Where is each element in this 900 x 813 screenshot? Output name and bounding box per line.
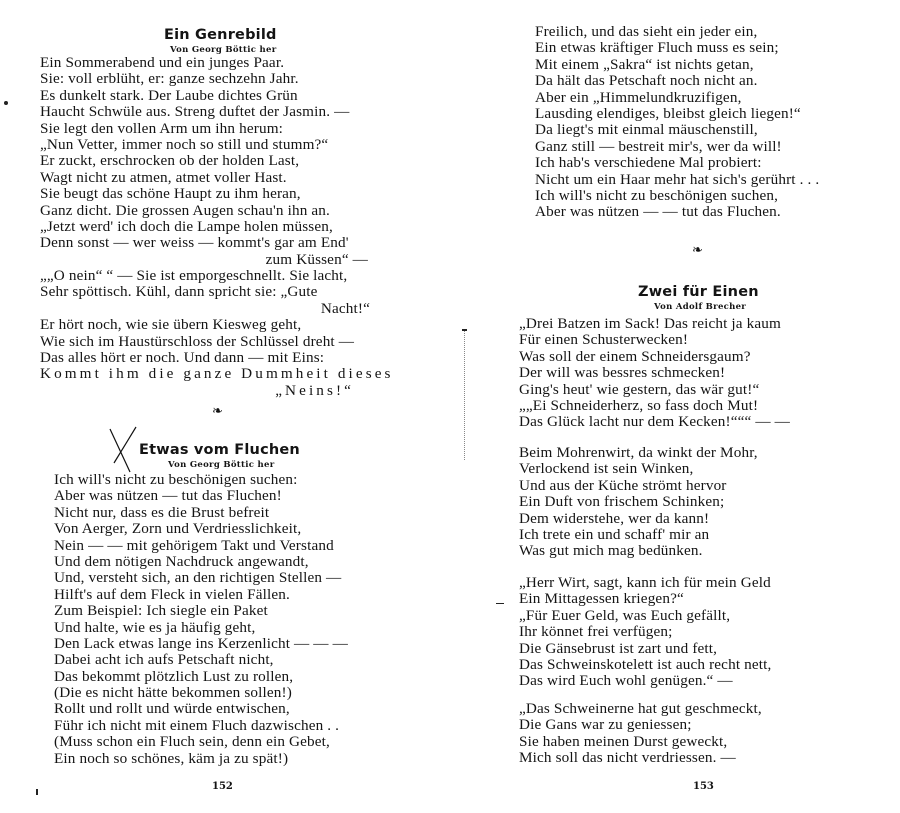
verse-line: Ganz dicht. Die grossen Augen schau'n ih… (40, 203, 406, 219)
verse-line: (Muss schon ein Fluch sein, denn ein Geb… (54, 734, 404, 750)
verse-line: Beim Mohrenwirt, da winkt der Mohr, (519, 445, 889, 461)
verse-line: Ihr könnet frei verfügen; (519, 624, 889, 640)
verse-line: Rollt und rollt und würde entwischen, (54, 701, 404, 717)
verse-line: Ein etwas kräftiger Fluch muss es sein; (535, 40, 895, 56)
poem-title: Ein Genrebild (164, 27, 277, 43)
verse-line: Ein Sommerabend und ein junges Paar. (40, 55, 406, 71)
verse-line: (Die es nicht hätte bekommen sollen!) (54, 685, 404, 701)
verse-line: Nicht nur, dass es die Brust befreit (54, 505, 404, 521)
verse-line: Ging's heut' wie gestern, das wär gut!“ (519, 382, 889, 398)
verse-line: Führ ich nicht mit einem Fluch dazwische… (54, 718, 404, 734)
verse-line: Zum Beispiel: Ich siegle ein Paket (54, 603, 404, 619)
verse-line: „Nun Vetter, immer noch so still und stu… (40, 137, 406, 153)
verse-line: Das wird Euch wohl genügen.“ — (519, 673, 889, 689)
verse-line: Es dunkelt stark. Der Laube dichtes Grün (40, 88, 406, 104)
verse-line: Da liegt's mit einmal mäuschenstill, (535, 122, 895, 138)
verse-line: Was gut mich mag bedünken. (519, 543, 889, 559)
binding-edge (464, 330, 465, 460)
verse-line: Aber ein „Himmelundkruzifigen, (535, 90, 895, 106)
verse-line: Und, versteht sich, an den richtigen Ste… (54, 570, 404, 586)
verse-line: Mich soll das nicht verdriessen. — (519, 750, 889, 766)
poem-verse: Freilich, und das sieht ein jeder ein, E… (535, 24, 895, 221)
poem-verse: Ich will's nicht zu beschönigen suchen: … (54, 472, 404, 767)
verse-line: zum Küssen“ — (40, 252, 406, 268)
poem-stanza: „Herr Wirt, sagt, kann ich für mein Geld… (519, 575, 889, 690)
verse-line: Ich hab's verschiedene Mal probiert: (535, 155, 895, 171)
poem-byline: Von Adolf Brecher (654, 302, 746, 312)
poem-title: Etwas vom Fluchen (139, 442, 300, 458)
verse-line: Sie legt den vollen Arm um ihn herum: (40, 121, 406, 137)
verse-line: Verlockend ist sein Winken, (519, 461, 889, 477)
verse-line: „„O nein“ “ — Sie ist emporgeschnellt. S… (40, 268, 406, 284)
verse-line: „Drei Batzen im Sack! Das reicht ja kaum (519, 316, 889, 332)
verse-line: Dabei acht ich aufs Petschaft nicht, (54, 652, 404, 668)
fleuron-ornament-icon: ❧ (692, 243, 703, 258)
verse-line: Sie: voll erblüht, er: ganze sechzehn Ja… (40, 71, 406, 87)
verse-line: Und dem nötigen Nachdruck angewandt, (54, 554, 404, 570)
verse-line: Was soll der einem Schneidersgaum? (519, 349, 889, 365)
fleuron-ornament-icon: ❧ (212, 404, 223, 419)
verse-line: Ich trete ein und schaff' mir an (519, 527, 889, 543)
verse-line: Ganz still — bestreit mir's, wer da will… (535, 139, 895, 155)
verse-line: Freilich, und das sieht ein jeder ein, (535, 24, 895, 40)
verse-line: Aber was nützen — tut das Fluchen! (54, 488, 404, 504)
verse-line: Da hält das Petschaft noch nicht an. (535, 73, 895, 89)
verse-line: Das alles hört er noch. Und dann — mit E… (40, 350, 406, 366)
verse-line: Er hört noch, wie sie übern Kiesweg geht… (40, 317, 406, 333)
verse-line: Die Gänsebrust ist zart und fett, (519, 641, 889, 657)
poem-stanza: Beim Mohrenwirt, da winkt der Mohr, Verl… (519, 445, 889, 560)
handwritten-x-mark-icon (108, 425, 138, 475)
page-number: 152 (212, 781, 233, 792)
verse-line: Ich will's nicht zu beschönigen suchen: (54, 472, 404, 488)
verse-line: Sie beugt das schöne Haupt zu ihm heran, (40, 186, 406, 202)
verse-line: Ein noch so schönes, käm ja zu spät!) (54, 751, 404, 767)
poem-byline: Von Georg Böttic her (168, 460, 274, 470)
poem-stanza: „Das Schweinerne hat gut geschmeckt, Die… (519, 701, 889, 767)
page-number: 153 (693, 781, 714, 792)
verse-line: „Neins!“ (40, 383, 406, 399)
verse-line: Kommt ihm die ganze Dummheit dieses (40, 366, 406, 382)
verse-line: „Das Schweinerne hat gut geschmeckt, (519, 701, 889, 717)
verse-line: Das Glück lacht nur dem Kecken!“““ — — (519, 414, 889, 430)
verse-line: Ein Duft von frischem Schinken; (519, 494, 889, 510)
verse-line: Dem widerstehe, wer da kann! (519, 511, 889, 527)
poem-stanza: „Drei Batzen im Sack! Das reicht ja kaum… (519, 316, 889, 431)
verse-line: Mit einem „Sakra“ ist nichts getan, (535, 57, 895, 73)
verse-line: Die Gans war zu geniessen; (519, 717, 889, 733)
verse-line: Haucht Schwüle aus. Streng duftet der Ja… (40, 104, 406, 120)
verse-line: Hilft's auf dem Fleck in vielen Fällen. (54, 587, 404, 603)
verse-line: Und halte, wie es ja häufig geht, (54, 620, 404, 636)
poem-verse: Ein Sommerabend und ein junges Paar. Sie… (40, 55, 406, 399)
verse-line: „Jetzt werd' ich doch die Lampe holen mü… (40, 219, 406, 235)
verse-line: „Herr Wirt, sagt, kann ich für mein Geld (519, 575, 889, 591)
margin-speck (4, 101, 8, 105)
poem-title: Zwei für Einen (638, 284, 759, 300)
verse-line: Den Lack etwas lange ins Kerzenlicht — —… (54, 636, 404, 652)
right-page: Freilich, und das sieht ein jeder ein, E… (450, 0, 900, 813)
margin-speck (462, 329, 467, 331)
verse-line: Wagt nicht zu atmen, atmet voller Hast. (40, 170, 406, 186)
verse-line: Sie haben meinen Durst geweckt, (519, 734, 889, 750)
verse-line: Nicht um ein Haar mehr hat sich's gerühr… (535, 172, 895, 188)
verse-line: „„Ei Schneiderherz, so fass doch Mut! (519, 398, 889, 414)
verse-line: Das Schweinskotelett ist auch recht nett… (519, 657, 889, 673)
verse-line: Er zuckt, erschrocken ob der holden Last… (40, 153, 406, 169)
verse-line: Aber was nützen — — tut das Fluchen. (535, 204, 895, 220)
verse-line: Lausding elendiges, bleibst gleich liege… (535, 106, 895, 122)
verse-line: Ein Mittagessen kriegen?“ (519, 591, 889, 607)
verse-line: Nacht!“ (40, 301, 406, 317)
verse-line: Für einen Schusterwecken! (519, 332, 889, 348)
verse-line: Ich will's nicht zu beschönigen suchen, (535, 188, 895, 204)
verse-line: Nein — — mit gehörigem Takt und Verstand (54, 538, 404, 554)
verse-line: Denn sonst — wer weiss — kommt's gar am … (40, 235, 406, 251)
verse-line: Und aus der Küche strömt hervor (519, 478, 889, 494)
verse-line: Wie sich im Haustürschloss der Schlüssel… (40, 334, 406, 350)
margin-speck (496, 603, 504, 604)
verse-line: Von Aerger, Zorn und Verdriesslichkeit, (54, 521, 404, 537)
left-page: Ein Genrebild Von Georg Böttic her Ein S… (0, 0, 450, 813)
margin-speck (36, 789, 38, 795)
verse-line: Das bekommt plötzlich Lust zu rollen, (54, 669, 404, 685)
verse-line: „Für Euer Geld, was Euch gefällt, (519, 608, 889, 624)
verse-line: Sehr spöttisch. Kühl, dann spricht sie: … (40, 284, 406, 300)
verse-line: Der will was bessres schmecken! (519, 365, 889, 381)
